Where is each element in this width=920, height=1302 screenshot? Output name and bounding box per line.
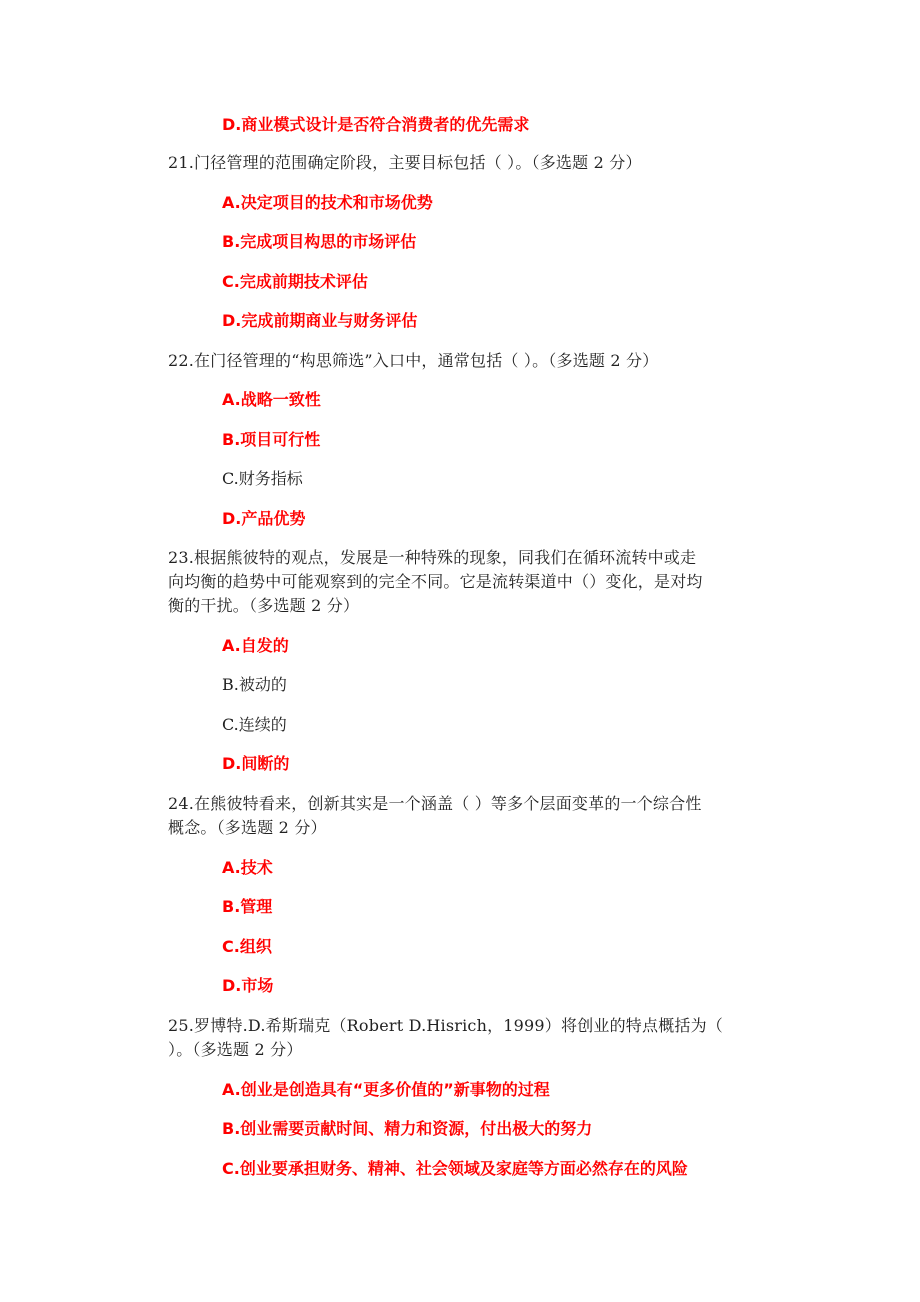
question-23-text-line-1: 23.根据熊彼特的观点，发展是一种特殊的现象，同我们在循环流转中或走 [168,548,696,568]
question-23-option-c: C.连续的 [222,715,287,735]
question-25-option-a: A.创业是创造具有“更多价值的”新事物的过程 [222,1080,550,1100]
question-21-option-d: D.完成前期商业与财务评估 [222,311,417,331]
question-24-option-a: A.技术 [222,858,273,878]
question-22-option-a: A.战略一致性 [222,390,321,410]
question-24-option-b: B.管理 [222,897,272,917]
document-page: D.商业模式设计是否符合消费者的优先需求 21.门径管理的范围确定阶段，主要目标… [0,0,920,1302]
question-23-text-line-3: 衡的干扰。（多选题 2 分） [168,596,359,616]
question-21-option-c: C.完成前期技术评估 [222,272,368,292]
question-23-text-line-2: 向均衡的趋势中可能观察到的完全不同。它是流转渠道中（）变化，是对均 [168,572,703,592]
question-24-option-d: D.市场 [222,976,273,996]
question-22-option-c: C.财务指标 [222,469,303,489]
option-prev-d: D.商业模式设计是否符合消费者的优先需求 [222,115,529,135]
question-23-option-a: A.自发的 [222,636,289,656]
question-25-text-line-2: ）。（多选题 2 分） [168,1040,303,1060]
question-23-option-b: B.被动的 [222,675,287,695]
question-21-option-a: A.决定项目的技术和市场优势 [222,193,433,213]
question-25-option-c: C.创业要承担财务、精神、社会领域及家庭等方面必然存在的风险 [222,1159,688,1179]
question-21-option-b: B.完成项目构思的市场评估 [222,232,416,252]
question-24-option-c: C.组织 [222,937,272,957]
question-22-text: 22.在门径管理的“构思筛选”入口中，通常包括（ ）。（多选题 2 分） [168,351,658,371]
question-25-text-line-1: 25.罗博特.D.希斯瑞克（Robert D.Hisrich，1999）将创业的… [168,1016,723,1036]
question-25-option-b: B.创业需要贡献时间、精力和资源，付出极大的努力 [222,1119,592,1139]
question-24-text-line-2: 概念。（多选题 2 分） [168,818,327,838]
question-22-option-b: B.项目可行性 [222,430,320,450]
question-23-option-d: D.间断的 [222,754,289,774]
question-22-option-d: D.产品优势 [222,509,305,529]
question-21-text: 21.门径管理的范围确定阶段，主要目标包括（ ）。（多选题 2 分） [168,153,642,173]
question-24-text-line-1: 24.在熊彼特看来，创新其实是一个涵盖（ ）等多个层面变革的一个综合性 [168,794,702,814]
